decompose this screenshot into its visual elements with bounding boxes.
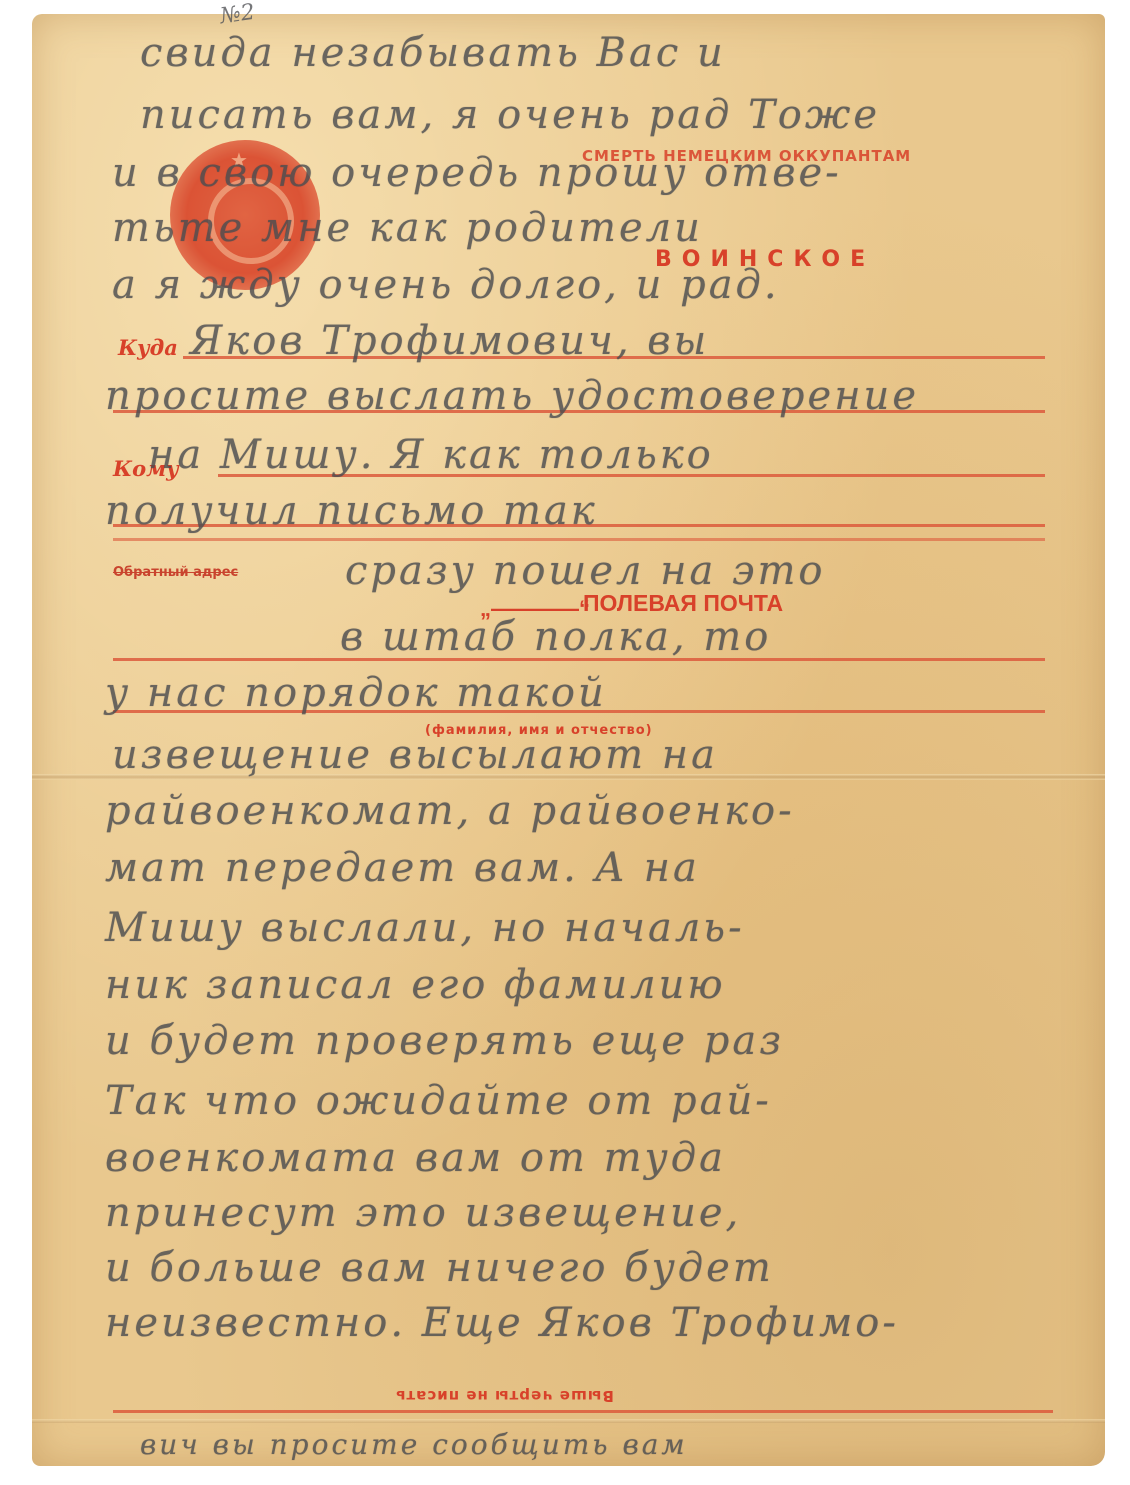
handwritten-line: сразу пошел на это bbox=[345, 548, 826, 594]
handwritten-line: мат передает вам. А на bbox=[105, 845, 700, 891]
to-where-label: Куда bbox=[118, 335, 178, 360]
handwritten-line: извещение высылают на bbox=[112, 732, 718, 778]
handwritten-line: свида незабывать Вас и bbox=[140, 30, 726, 76]
handwritten-line: Так что ожидайте от рай- bbox=[105, 1078, 772, 1124]
handwritten-page-number: №2 bbox=[218, 0, 256, 29]
handwritten-line: просите выслать удостоверение bbox=[105, 373, 919, 419]
handwritten-line: райвоенкомат, а райвоенко- bbox=[105, 788, 795, 834]
do-not-write-above-label: Выше черты не писать bbox=[395, 1387, 614, 1405]
handwritten-line: и в свою очередь прошу отве- bbox=[112, 150, 842, 196]
handwritten-line: ник записал его фамилию bbox=[105, 962, 726, 1008]
handwritten-line: в штаб полка, то bbox=[340, 614, 771, 660]
handwritten-line: тьте мне как родители bbox=[112, 205, 703, 251]
do-not-write-line bbox=[113, 1410, 1053, 1413]
handwritten-line: получил письмо так bbox=[105, 488, 598, 534]
recipient-line-3 bbox=[113, 538, 1045, 541]
handwritten-line: а я жду очень долго, и рад. bbox=[112, 262, 780, 308]
handwritten-line: принесут это извещение, bbox=[105, 1190, 741, 1236]
handwritten-line: у нас порядок такой bbox=[105, 670, 607, 716]
handwritten-line: Мишу выслали, но началь- bbox=[105, 905, 745, 951]
handwritten-line: и будет проверять еще раз bbox=[105, 1018, 784, 1064]
handwritten-line: писать вам, я очень рад Тоже bbox=[140, 92, 880, 138]
handwritten-line: на Мишу. Я как только bbox=[148, 432, 714, 478]
return-address-label: Обратный адрес bbox=[113, 565, 238, 580]
handwritten-line: военкомата вам от туда bbox=[105, 1135, 726, 1181]
field-post-label: ПОЛЕВАЯ ПОЧТА bbox=[583, 590, 783, 617]
handwritten-line: неизвестно. Еще Яков Трофимо- bbox=[105, 1300, 899, 1346]
handwritten-line: вич вы просите сообщить вам bbox=[140, 1428, 688, 1461]
handwritten-line: Яков Трофимович, вы bbox=[190, 318, 709, 364]
handwritten-line: и больше вам ничего будет bbox=[105, 1245, 774, 1291]
paper-fold-crease-bottom bbox=[32, 1419, 1105, 1423]
